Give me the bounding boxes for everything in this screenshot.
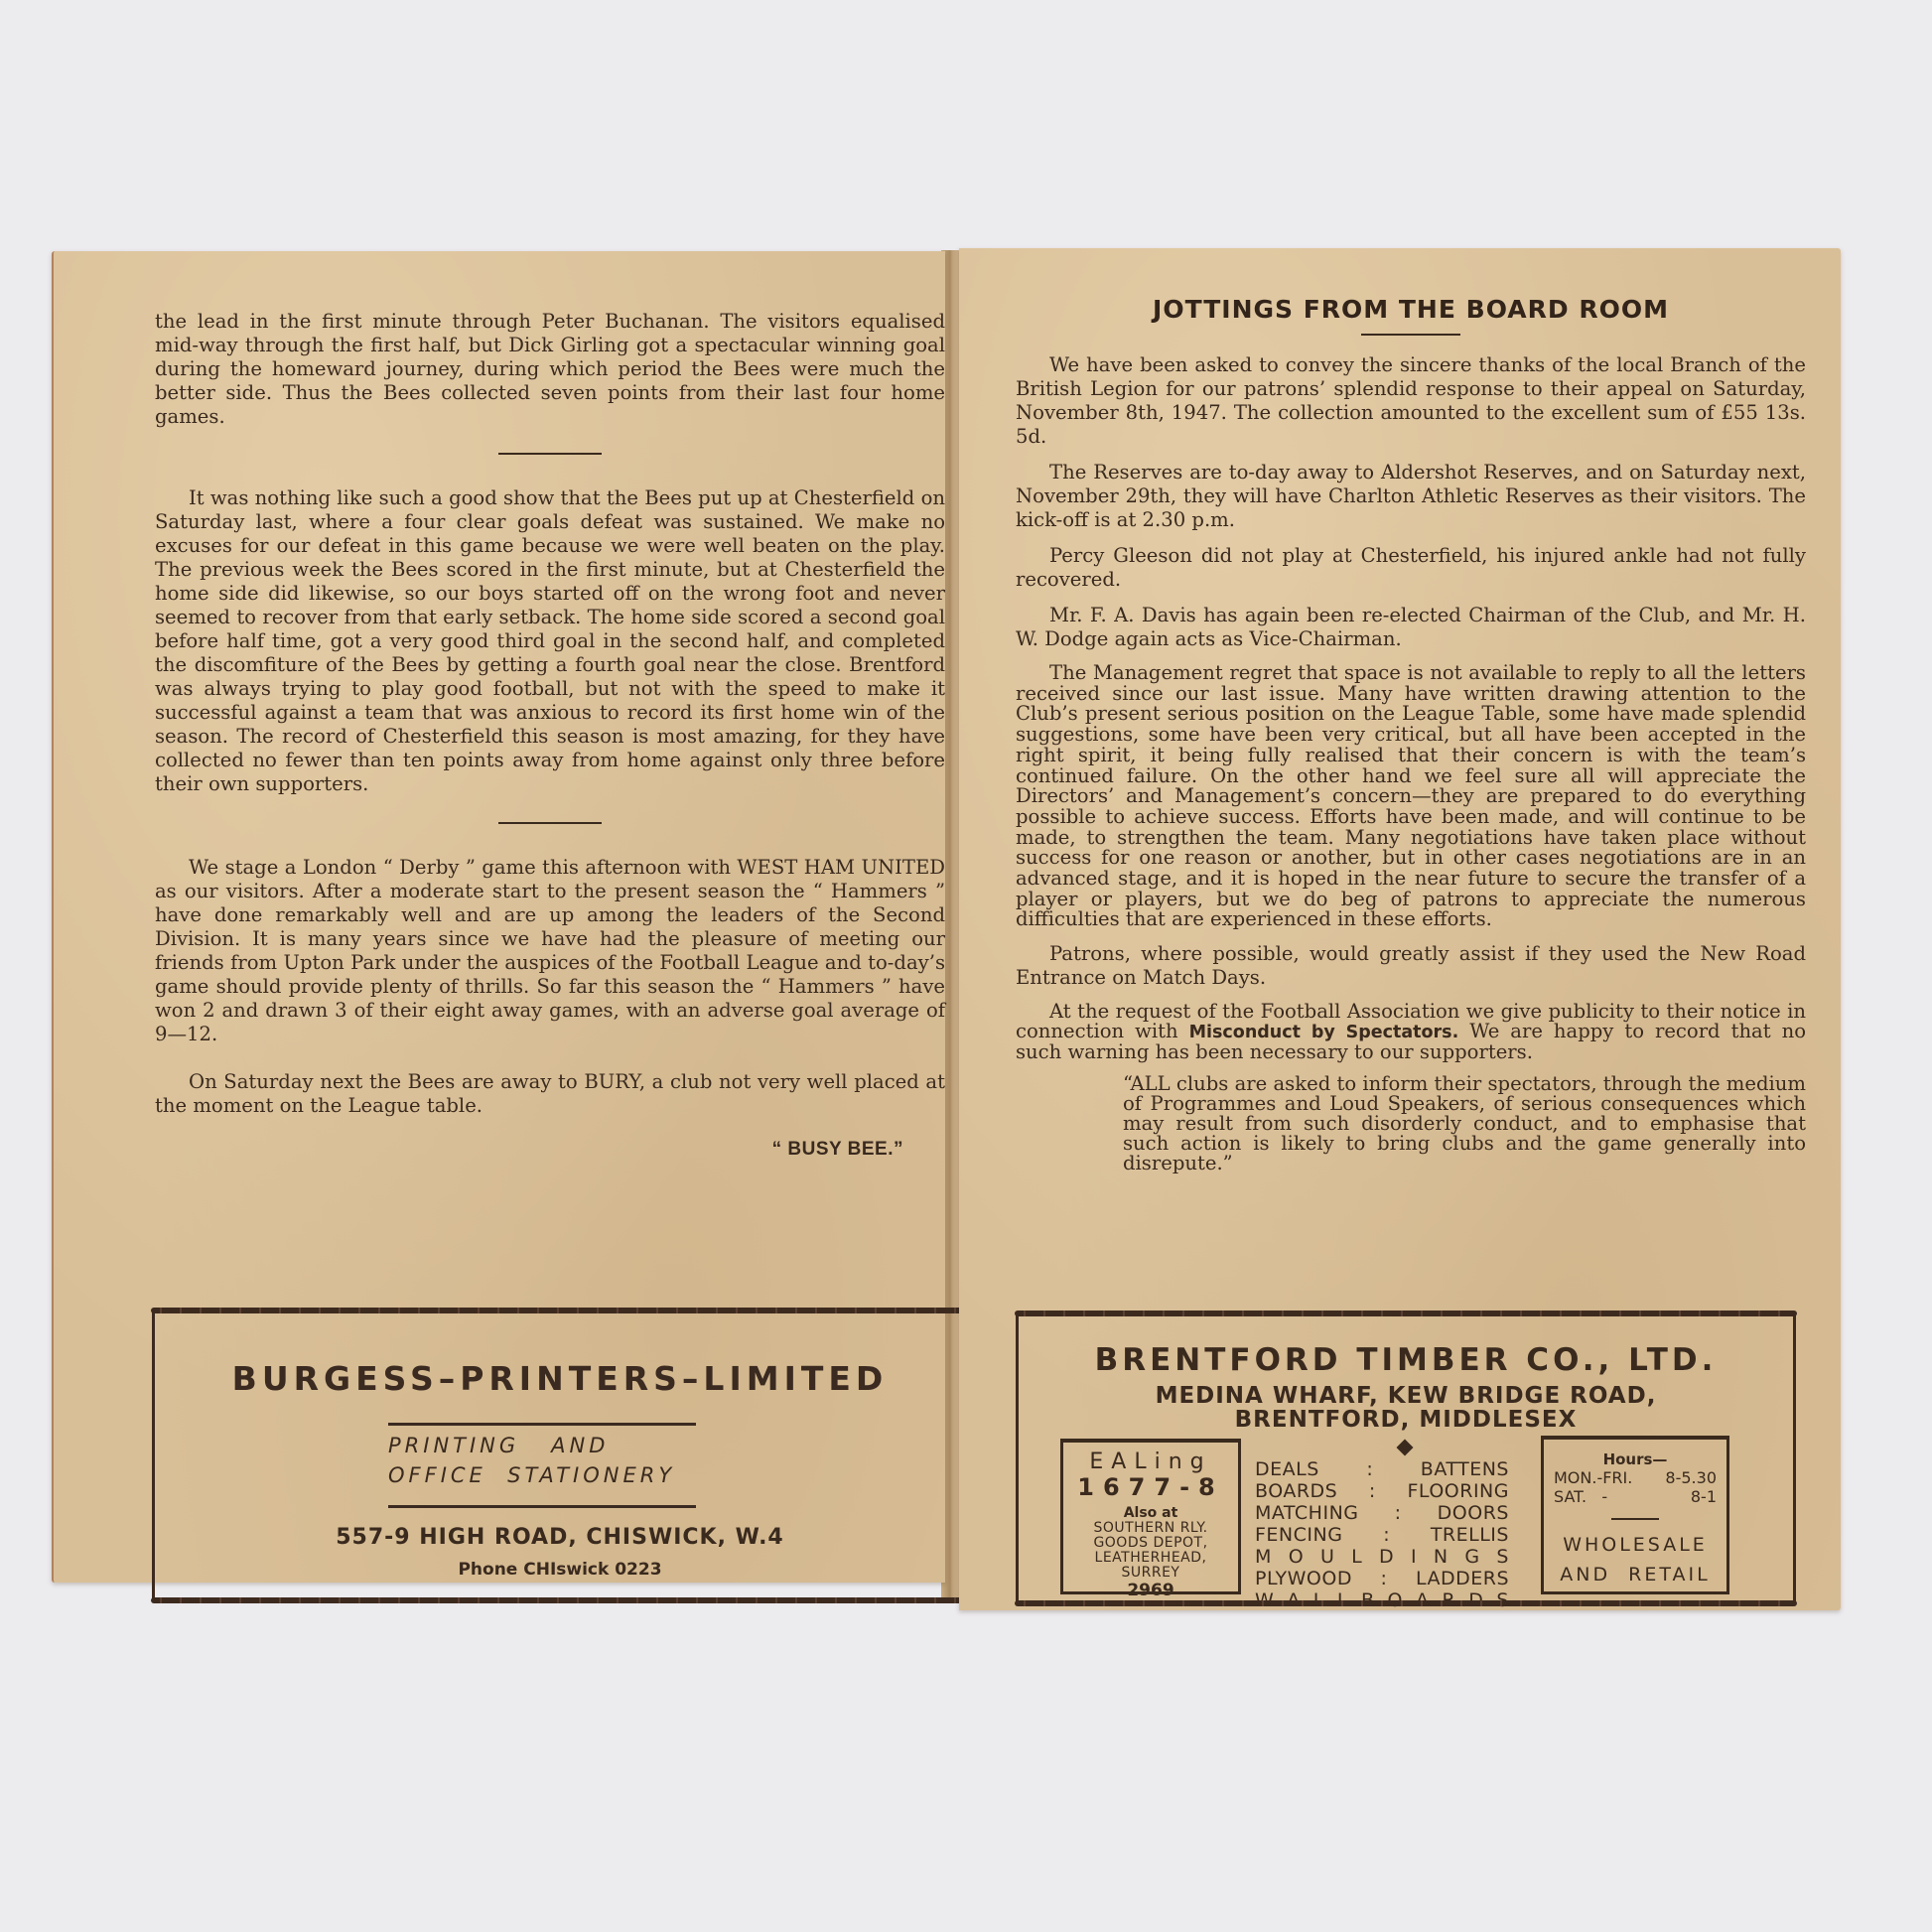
ad-address-line: MEDINA WHARF, KEW BRIDGE ROAD, [1019,1383,1793,1409]
page-title: JOTTINGS FROM THE BOARD ROOM [1016,298,1806,322]
ad-phone: Phone CHIswick 0223 [155,1560,965,1580]
goods-row: BOARDS:FLOORING [1255,1480,1509,1502]
author-signature: “ BUSY BEE.” [155,1138,945,1162]
ad-services-line: PRINTING AND [388,1431,696,1460]
fa-notice-paragraph: At the request of the Football Associati… [1016,1002,1806,1062]
left-article: the lead in the first minute through Pet… [155,310,945,1162]
ad-border-bottom [151,1597,969,1603]
ad-border-bottom [1015,1600,1797,1606]
article-paragraph: We stage a London “ Derby ” game this af… [155,856,945,1046]
ad-company-name: BURGESS–PRINTERS–LIMITED [155,1359,965,1398]
article-paragraph: Mr. F. A. Davis has again been re-electe… [1016,604,1806,651]
hours-line: SAT. -8-1 [1544,1487,1726,1506]
goods-row: MOULDINGS [1255,1546,1509,1568]
phone-box: EALing 1677-8 Also at SOUTHERN RLY. GOOD… [1060,1439,1241,1594]
goods-row: PLYWOOD:LADDERS [1255,1568,1509,1589]
also-at-label: Also at [1063,1506,1238,1521]
diamond-ornament-icon [1397,1440,1414,1456]
trade-line: WHOLESALE [1544,1530,1726,1560]
hours-line: MON.-FRI.8-5.30 [1544,1468,1726,1487]
branch-line: GOODS DEPOT, [1063,1536,1238,1551]
goods-list: DEALS:BATTENSBOARDS:FLOORINGMATCHING:DOO… [1255,1458,1509,1611]
ad-services-line: OFFICE STATIONERY [388,1460,696,1490]
right-page: JOTTINGS FROM THE BOARD ROOM We have bee… [959,248,1841,1610]
article-paragraph: Percy Gleeson did not play at Chesterfie… [1016,544,1806,592]
burgess-printers-advert: BURGESS–PRINTERS–LIMITED PRINTING AND OF… [152,1311,968,1599]
branch-line: SOUTHERN RLY. [1063,1521,1238,1536]
ad-company-name: BRENTFORD TIMBER CO., LTD. [1019,1342,1793,1378]
hours-box: Hours— MON.-FRI.8-5.30 SAT. -8-1 WHOLESA… [1541,1436,1729,1594]
ad-address-line: BRENTFORD, MIDDLESEX [1019,1407,1793,1433]
ad-rule [388,1423,696,1426]
hours-divider [1611,1518,1659,1520]
ad-services: PRINTING AND OFFICE STATIONERY [388,1431,696,1490]
left-page: the lead in the first minute through Pet… [52,251,945,1583]
article-paragraph: On Saturday next the Bees are away to BU… [155,1070,945,1118]
article-paragraph: Patrons, where possible, would greatly a… [1016,942,1806,990]
article-paragraph: It was nothing like such a good show tha… [155,486,945,796]
brentford-timber-advert: BRENTFORD TIMBER CO., LTD. MEDINA WHARF,… [1016,1314,1796,1602]
branch-line: SURREY [1063,1566,1238,1581]
article-paragraph: the lead in the first minute through Pet… [155,310,945,429]
ad-rule [388,1505,696,1508]
ad-border-top [151,1308,969,1313]
article-paragraph: We have been asked to convey the sincere… [1016,353,1806,449]
phone-number: 1677-8 [1063,1474,1238,1500]
goods-row: FENCING:TRELLIS [1255,1524,1509,1546]
ad-address: 557-9 HIGH ROAD, CHISWICK, W.4 [155,1525,965,1550]
section-divider [498,822,602,824]
goods-row: DEALS:BATTENS [1255,1458,1509,1480]
branch-phone-number: 2969 [1063,1581,1238,1600]
trade-line: AND RETAIL [1544,1560,1726,1589]
title-divider [1361,334,1460,336]
misconduct-heading: Misconduct by Spectators. [1189,1023,1459,1042]
section-divider [498,453,602,455]
article-paragraph: The Management regret that space is not … [1016,663,1806,930]
goods-row: MATCHING:DOORS [1255,1502,1509,1524]
article-paragraph: The Reserves are to-day away to Aldersho… [1016,461,1806,532]
ad-border-top [1015,1311,1797,1316]
phone-exchange: EALing [1063,1450,1238,1474]
hours-title: Hours— [1544,1451,1726,1468]
right-article: JOTTINGS FROM THE BOARD ROOM We have bee… [1016,298,1806,1173]
fa-quote: “ALL clubs are asked to inform their spe… [1123,1074,1806,1173]
branch-line: LEATHERHEAD, [1063,1551,1238,1566]
